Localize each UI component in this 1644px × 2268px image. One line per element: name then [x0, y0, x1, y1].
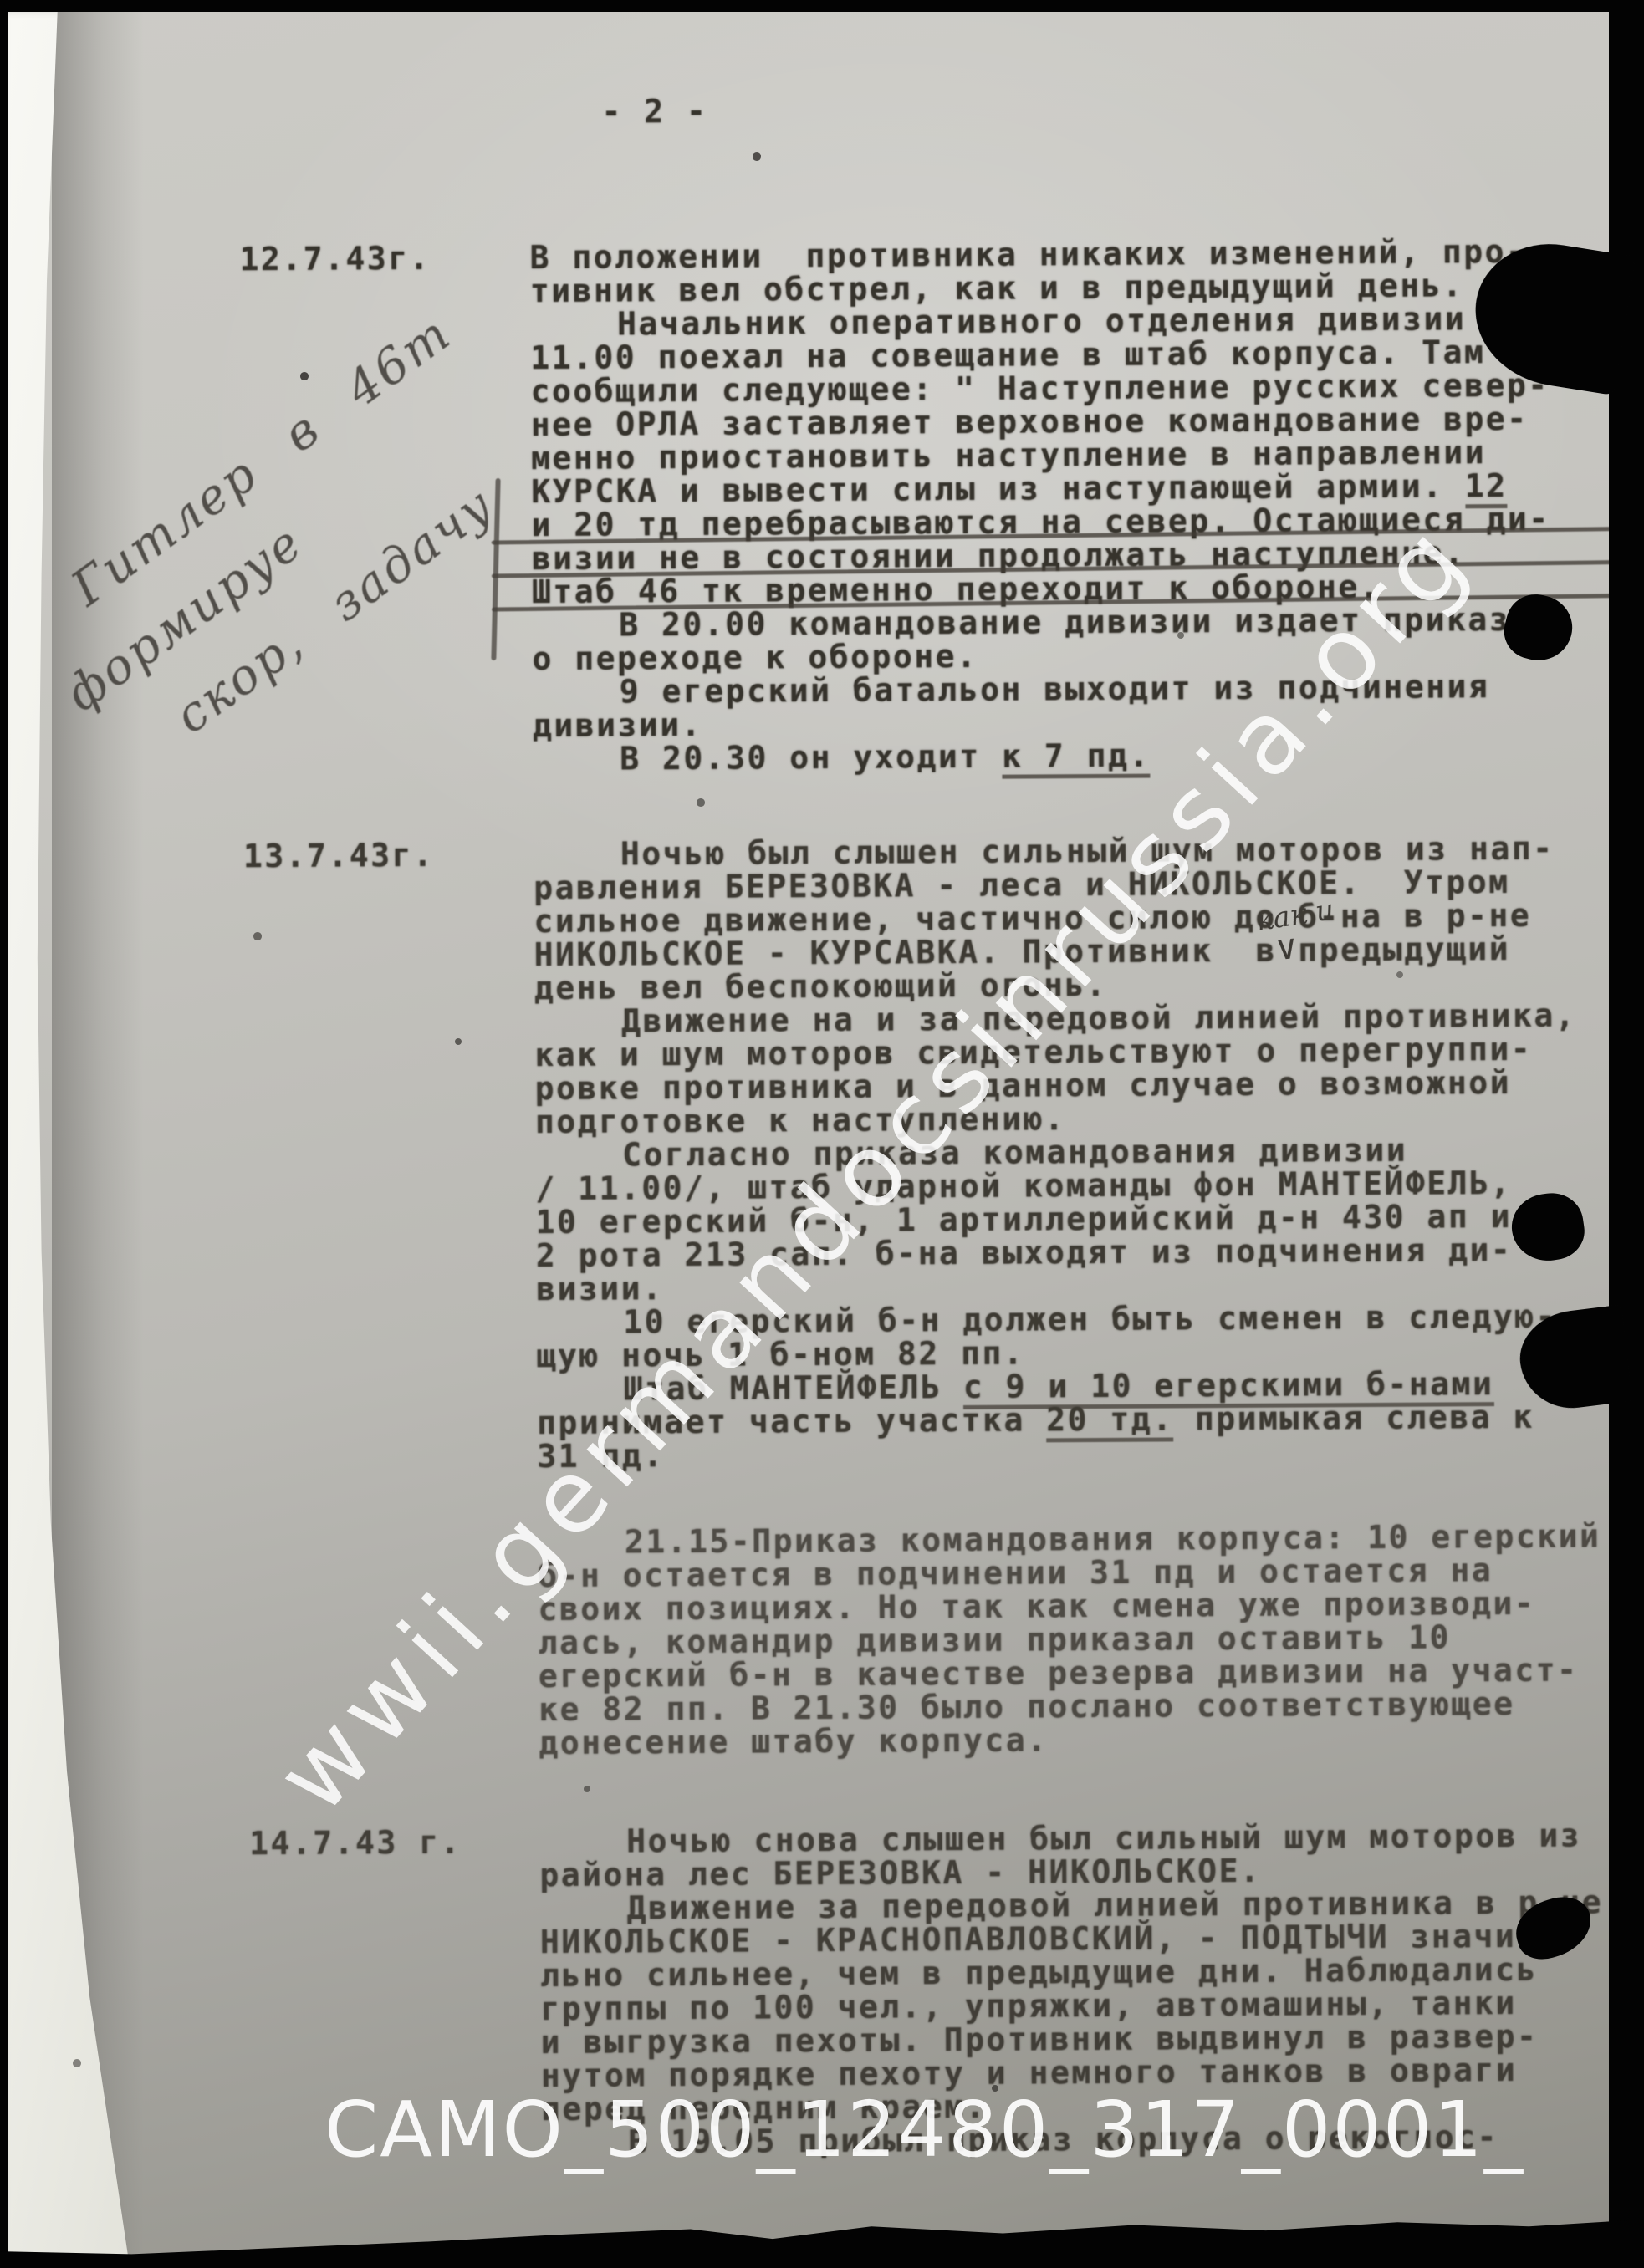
- text-line: донесение штабу корпуса.: [539, 1720, 1617, 1760]
- typed-text: визии.: [536, 1270, 664, 1307]
- diary-entry-block: 14.7.43 г.Ночью снова слышен был сильный…: [4, 1818, 1626, 1828]
- diary-entry-block: 12.7.43г.В положении противника никаких …: [0, 234, 1616, 244]
- scanned-document-page: - 2 - 12.7.43г.В положении противника ни…: [0, 0, 1644, 2268]
- typed-text: В 20.30 он уходит: [620, 738, 1002, 777]
- insertion-caret-icon: ∨: [1273, 930, 1300, 966]
- entry-date: 12.7.43г.: [239, 242, 431, 276]
- entry-text-column: 21.15-Приказ командования корпуса: 10 ег…: [538, 1519, 1618, 1760]
- entry-date: 14.7.43 г.: [249, 1826, 462, 1861]
- typed-text: примыкая слева к: [1173, 1399, 1534, 1438]
- typed-text: донесение штабу корпуса.: [539, 1721, 1048, 1761]
- text-line: В 20.30 он уходит к 7 пд.: [533, 736, 1611, 776]
- pen-underlined-text: к 7 пд.: [1002, 737, 1151, 779]
- page-number: - 2 -: [601, 94, 707, 129]
- typed-text: дивизии.: [533, 706, 702, 744]
- diary-entry-block: 21.15-Приказ командования корпуса: 10 ег…: [3, 1519, 1625, 1529]
- scan-edge-left: [0, 0, 8, 2268]
- archive-id-watermark: САМО_500_12480_317_0001_: [324, 2088, 1524, 2172]
- scan-edge-top: [0, 0, 1644, 12]
- typewritten-layer: - 2 - 12.7.43г.В положении противника ни…: [0, 0, 1644, 2268]
